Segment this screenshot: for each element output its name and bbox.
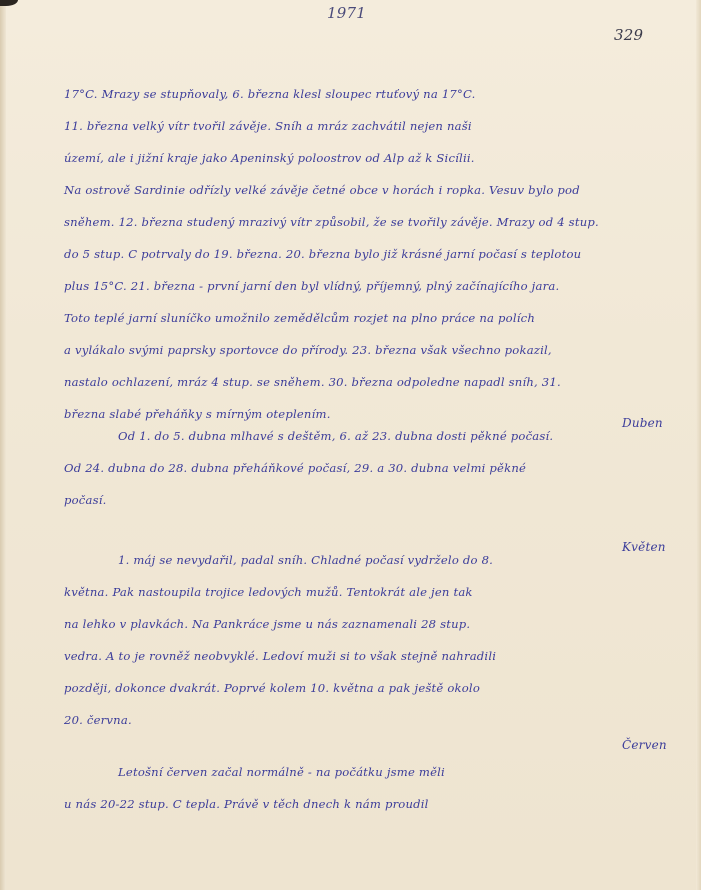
text-line: Od 24. dubna do 28. dubna přeháňkové poč…: [64, 460, 526, 476]
text-line: sněhem. 12. března studený mrazivý vítr …: [64, 214, 599, 230]
text-line: 20. června.: [64, 712, 132, 728]
text-line: území, ale i jižní kraje jako Apeninský …: [64, 150, 475, 166]
text-line: plus 15°C. 21. března - první jarní den …: [64, 278, 559, 294]
text-line: 1. máj se nevydařil, padal sníh. Chladné…: [118, 552, 493, 568]
text-line: 11. března velký vítr tvořil závěje. Sní…: [64, 118, 472, 134]
text-line: počasí.: [64, 492, 107, 508]
text-line: nastalo ochlazení, mráz 4 stup. se sněhe…: [64, 374, 561, 390]
text-line: u nás 20-22 stup. C tepla. Právě v těch …: [64, 796, 429, 812]
text-line: května. Pak nastoupila trojice ledových …: [64, 584, 473, 600]
page-number: 329: [614, 26, 643, 44]
scan-corner-shadow: [0, 0, 18, 6]
text-line: března slabé přeháňky s mírným oteplením…: [64, 406, 331, 422]
text-line: později, dokonce dvakrát. Poprvé kolem 1…: [64, 680, 480, 696]
margin-label-april: Duben: [622, 416, 663, 430]
text-line: na lehko v plavkách. Na Pankráce jsme u …: [64, 616, 470, 632]
text-line: vedra. A to je rovněž neobvyklé. Ledoví …: [64, 648, 496, 664]
text-line: 17°C. Mrazy se stupňovaly, 6. března kle…: [64, 86, 476, 102]
text-line: Na ostrově Sardinie odřízly velké závěje…: [64, 182, 580, 198]
year-heading: 1971: [327, 4, 366, 22]
text-line: a vylákalo svými paprsky sportovce do př…: [64, 342, 552, 358]
margin-label-june: Červen: [622, 738, 667, 752]
text-line: Letošní červen začal normálně - na počát…: [118, 764, 445, 780]
text-line: Toto teplé jarní sluníčko umožnilo zeměd…: [64, 310, 535, 326]
text-line: do 5 stup. C potrvaly do 19. března. 20.…: [64, 246, 581, 262]
text-line: Od 1. do 5. dubna mlhavé s deštěm, 6. až…: [118, 428, 553, 444]
manuscript-page: 1971 329 17°C. Mrazy se stupňovaly, 6. b…: [0, 0, 701, 890]
margin-label-may: Květen: [622, 540, 666, 554]
